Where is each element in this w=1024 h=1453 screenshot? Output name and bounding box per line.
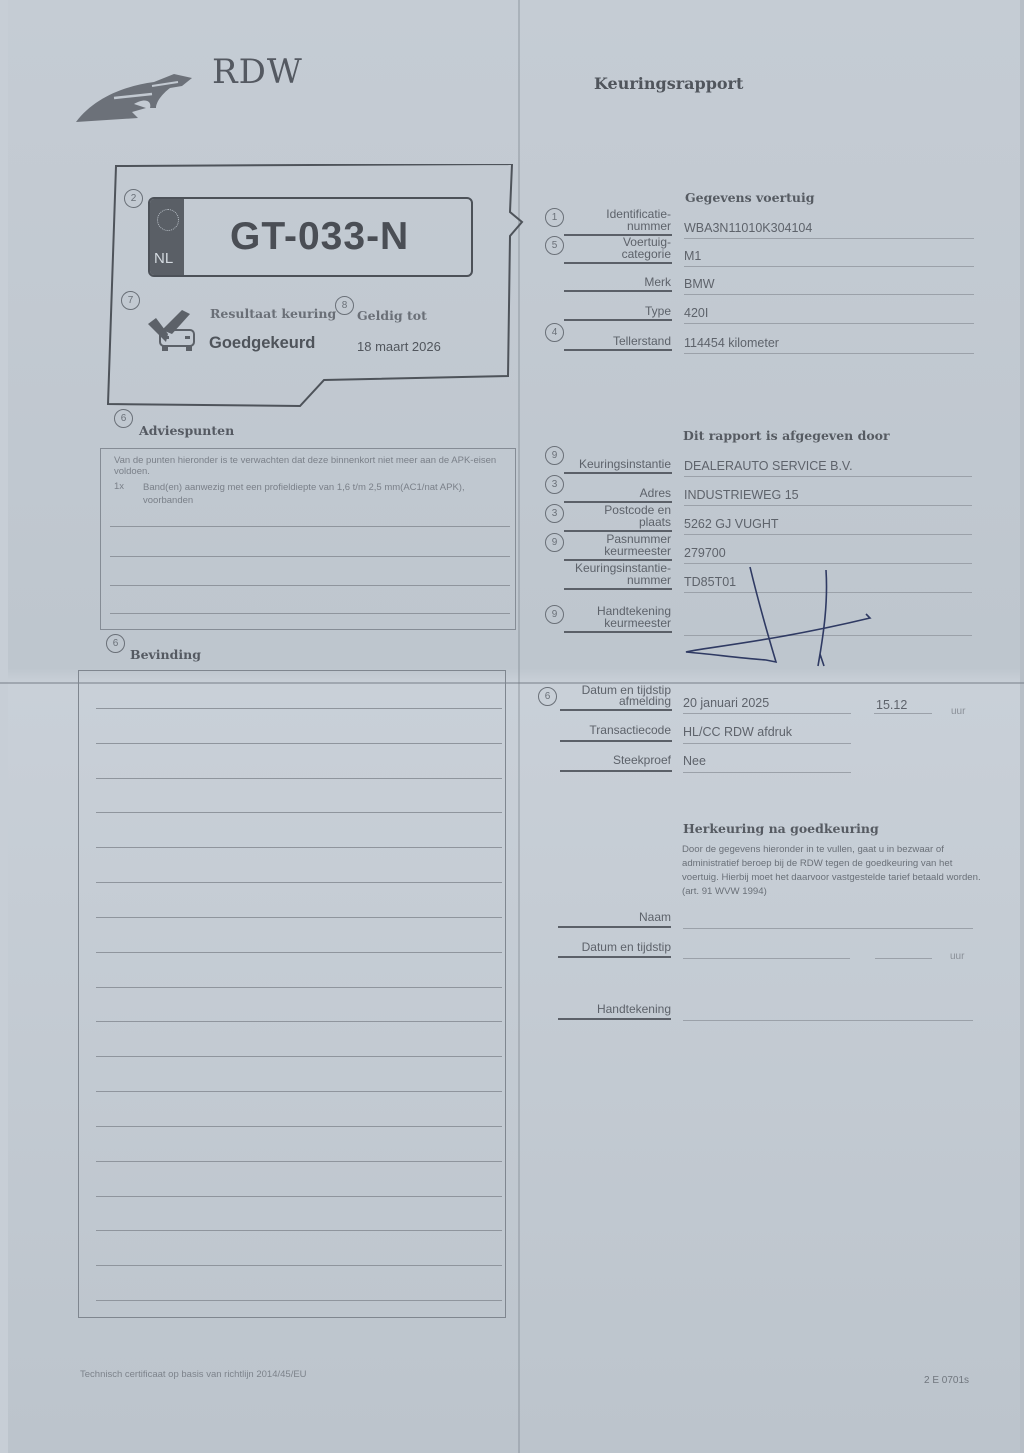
advies-ruled-line [110,526,510,527]
bevinding-ruled-line [96,1091,502,1092]
vehicle-field-value-line [684,294,974,295]
license-plate: NL GT-033-N [148,197,473,277]
afmelding-date: 20 januari 2025 [683,696,769,710]
herkeuring-datetime-label: Datum en tijdstip [530,941,671,953]
bevinding-ruled-line [96,1300,502,1301]
registration-number: GT-033-N [230,215,409,259]
valid-until-label: Geldig tot [357,308,427,323]
bevinding-ruled-line [96,987,502,988]
steekproef-line [683,772,851,773]
issuer-field-label: nummer [520,574,671,586]
bevinding-ruled-line [96,1161,502,1162]
eu-stars-icon [157,209,179,231]
issuer-field-value: 5262 GJ VUGHT [684,517,778,531]
vehicle-field-value-line [684,323,974,324]
valid-until-value: 18 maart 2026 [357,339,441,354]
herkeuring-name-field[interactable] [683,928,973,929]
issuer-field-value-line [684,534,972,535]
afmelding-time-unit: uur [951,706,965,717]
bevinding-ruled-line [96,1230,502,1231]
bevinding-ruled-line [96,1126,502,1127]
footer-certificate-text: Technisch certificaat op basis van richt… [80,1369,307,1380]
issuer-field-label: plaats [520,516,671,528]
transactiecode-line [683,743,851,744]
transactiecode-value: HL/CC RDW afdruk [683,725,792,739]
transactiecode-label: Transactiecode [530,724,671,736]
vehicle-field-label: Type [520,305,671,317]
issuer-field-label-underline [564,472,672,474]
issuer-field-value: INDUSTRIEWEG 15 [684,488,799,502]
herkeuring-datetime-label-underline [558,956,671,958]
result-label: Resultaat keuring [210,306,336,321]
herkeuring-description: Door de gegevens hieronder in te vullen,… [682,843,982,899]
vehicle-field-value: 114454 kilometer [684,336,779,350]
bevinding-ruled-line [96,743,502,744]
bevinding-ruled-line [96,708,502,709]
rdw-feather-logo-icon [74,68,194,126]
issuer-field-label: keurmeester [520,545,671,557]
issuer-field-value: DEALERAUTO SERVICE B.V. [684,459,853,473]
issuer-field-label-underline [564,631,672,633]
vehicle-field-value-line [684,238,974,239]
vehicle-data-title: Gegevens voertuig [685,190,815,205]
bevinding-ruled-line [96,952,502,953]
car-approved-icon [146,308,198,354]
eu-flag-band: NL [150,199,184,275]
country-code: NL [154,250,173,267]
advies-item-quantity: 1x [114,481,124,492]
steekproef-value: Nee [683,754,706,768]
advies-ruled-line [110,556,510,557]
vehicle-field-label: nummer [520,220,671,232]
vehicle-field-value: M1 [684,249,701,263]
herkeuring-signature-label: Handtekening [530,1003,671,1015]
vehicle-field-label-underline [564,262,672,264]
bevinding-ruled-line [96,882,502,883]
issuer-field-label: Keuringsinstantie [520,458,671,470]
bevinding-ruled-line [96,1196,502,1197]
bevinding-ruled-line [96,847,502,848]
issuer-field-label-underline [564,588,672,590]
steekproef-label: Steekproef [530,754,671,766]
afmelding-time: 15.12 [876,698,907,712]
herkeuring-time-field[interactable] [875,958,932,959]
transactiecode-label-underline [560,740,672,742]
advies-item-text: Band(en) aanwezig met een profieldiepte … [143,481,511,507]
issuer-title: Dit rapport is afgegeven door [683,428,890,443]
issuer-field-label: Adres [520,487,671,499]
document-title: Keuringsrapport [594,74,743,93]
issuer-field-value-line [684,505,972,506]
handwritten-signature-icon [680,562,880,680]
vehicle-field-label: categorie [520,248,671,260]
result-value: Goedgekeurd [209,334,315,353]
vehicle-field-value: BMW [684,277,715,291]
issuer-field-label: keurmeester [520,617,671,629]
vehicle-field-value-line [684,353,974,354]
footer-form-code: 2 E 0701s [924,1375,969,1386]
afmelding-label-underline [560,709,672,711]
bevinding-ruled-line [96,778,502,779]
herkeuring-date-field[interactable] [683,958,850,959]
bevinding-ruled-line [96,1265,502,1266]
adviespunten-intro: Van de punten hieronder is te verwachten… [114,455,509,477]
steekproef-label-underline [560,770,672,772]
bevinding-ruled-line [96,812,502,813]
bevinding-box[interactable] [78,670,506,1318]
marker-6-bevinding: 6 [106,634,125,653]
herkeuring-time-unit: uur [950,951,964,962]
marker-8: 8 [335,296,354,315]
vehicle-field-value: WBA3N11010K304104 [684,221,812,235]
marker-7: 7 [121,291,140,310]
bevinding-ruled-line [96,1021,502,1022]
herkeuring-name-label-underline [558,926,671,928]
advies-ruled-line [110,613,510,614]
vehicle-field-label: Merk [520,276,671,288]
herkeuring-signature-label-underline [558,1018,671,1020]
afmelding-date-line [683,713,851,714]
vehicle-field-value-line [684,266,974,267]
herkeuring-title: Herkeuring na goedkeuring [683,821,879,836]
bevinding-ruled-line [96,917,502,918]
marker-6-advies: 6 [114,409,133,428]
adviespunten-title: Adviespunten [139,423,234,438]
rdw-logo-text: RDW [212,52,303,92]
marker-2: 2 [124,189,143,208]
advies-ruled-line [110,585,510,586]
issuer-field-value: 279700 [684,546,726,560]
issuer-field-value-line [684,476,972,477]
vehicle-field-label: Tellerstand [520,335,671,347]
herkeuring-name-label: Naam [530,911,671,923]
bevinding-ruled-line [96,1056,502,1057]
vehicle-field-label-underline [564,290,672,292]
afmelding-time-line [874,713,932,714]
herkeuring-signature-field[interactable] [683,1020,973,1021]
bevinding-title: Bevinding [130,647,201,662]
vehicle-field-label-underline [564,349,672,351]
vehicle-field-label-underline [564,319,672,321]
vehicle-field-value: 420I [684,306,708,320]
afmelding-label-2: afmelding [530,695,671,707]
